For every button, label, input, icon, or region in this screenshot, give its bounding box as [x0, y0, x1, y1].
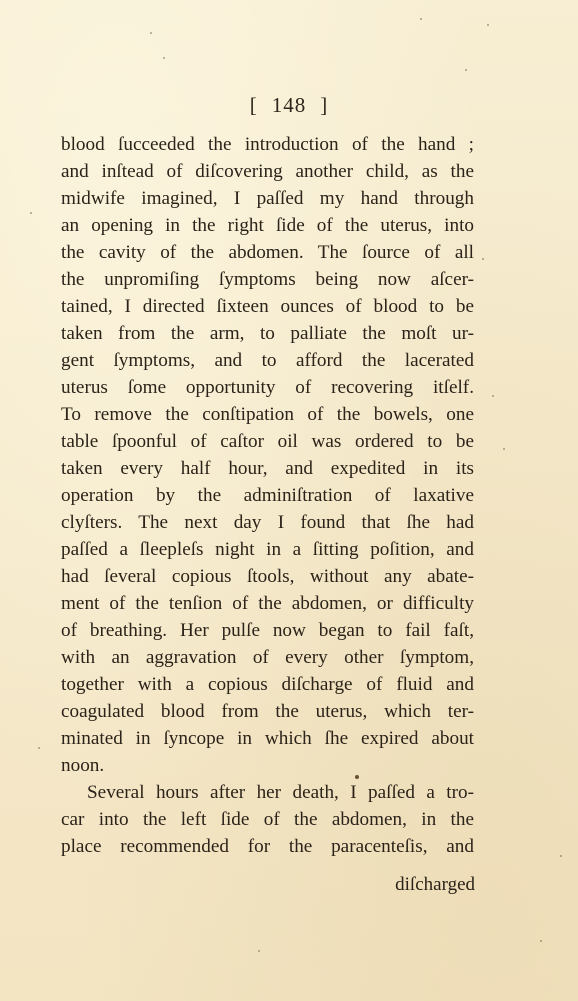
text-line: place recommended for the paracenteſis, …: [61, 833, 474, 860]
catchword: diſcharged: [395, 871, 475, 898]
text-line: with an aggravation of every other ſympt…: [61, 644, 474, 671]
paper-speck: [482, 258, 484, 260]
page-number-header: [148]: [0, 93, 578, 118]
bracket-right: ]: [320, 93, 328, 118]
paper-speck: [540, 940, 542, 942]
paper-speck: [38, 747, 40, 749]
text-line: minated in ſyncope in which ſhe expired …: [61, 725, 474, 752]
paper-speck: [560, 855, 562, 857]
bracket-left: [: [250, 93, 258, 118]
text-line: together with a copious diſcharge of flu…: [61, 671, 474, 698]
text-line: car into the left ſide of the abdomen, i…: [61, 806, 474, 833]
text-line: coagulated blood from the uterus, which …: [61, 698, 474, 725]
paragraph-2: Several hours after her death, I paſſed …: [61, 779, 474, 860]
text-line: table ſpoonful of caſtor oil was ordered…: [61, 428, 474, 455]
text-line: an opening in the right ſide of the uter…: [61, 212, 474, 239]
paper-speck: [492, 395, 494, 397]
text-line: operation by the adminiſtration of laxat…: [61, 482, 474, 509]
body-text: blood ſucceeded the introduction of the …: [61, 131, 474, 860]
text-line: taken from the arm, to palliate the moſt…: [61, 320, 474, 347]
text-line: midwife imagined, I paſſed my hand throu…: [61, 185, 474, 212]
text-line: uterus ſome opportunity of recovering it…: [61, 374, 474, 401]
text-line: taken every half hour, and expedited in …: [61, 455, 474, 482]
paper-speck: [258, 950, 260, 952]
book-page: [148] blood ſucceeded the introduction o…: [0, 0, 578, 1001]
text-line: and inſtead of diſcovering another child…: [61, 158, 474, 185]
paper-speck: [150, 32, 152, 34]
text-line: gent ſymptoms, and to afford the lacerat…: [61, 347, 474, 374]
text-line: the unpromiſing ſymptoms being now aſcer…: [61, 266, 474, 293]
paper-speck: [30, 212, 32, 214]
paper-speck: [503, 448, 505, 450]
text-line: ment of the tenſion of the abdomen, or d…: [61, 590, 474, 617]
text-line: Several hours after her death, I paſſed …: [61, 779, 474, 806]
paper-speck: [420, 18, 422, 20]
text-line: the cavity of the abdomen. The ſource of…: [61, 239, 474, 266]
text-line: clyſters. The next day I found that ſhe …: [61, 509, 474, 536]
text-line: paſſed a ſleepleſs night in a ſitting po…: [61, 536, 474, 563]
paper-speck: [163, 57, 165, 59]
paragraph-1: blood ſucceeded the introduction of the …: [61, 131, 474, 779]
page-number: 148: [272, 93, 307, 117]
text-line: blood ſucceeded the introduction of the …: [61, 131, 474, 158]
text-line: noon.: [61, 752, 474, 779]
text-line: of breathing. Her pulſe now began to fai…: [61, 617, 474, 644]
text-line: had ſeveral copious ſtools, without any …: [61, 563, 474, 590]
paper-speck: [465, 69, 467, 71]
text-line: To remove the conſtipation of the bowels…: [61, 401, 474, 428]
text-line: tained, I directed ſixteen ounces of blo…: [61, 293, 474, 320]
paper-speck: [487, 24, 489, 26]
